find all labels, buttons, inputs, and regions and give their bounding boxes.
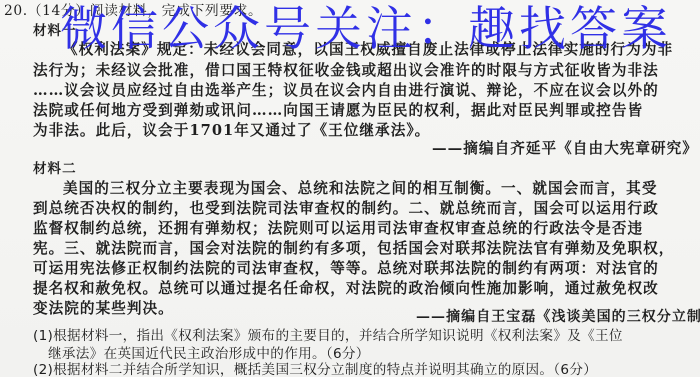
material-two-line-7: 变法院的某些判决。	[33, 300, 174, 318]
material-two-line-5: 可运用宪法修正权制约法院的司法审查权，等等。总统对联邦法院的制约有两项：对法官的	[33, 260, 659, 278]
material-two-line-6: 提名权和赦免权。总统可以通过提名任命权，对法院的政治倾向性施加影响，通过赦免权改	[33, 280, 659, 298]
material-two-line-2: 到总统否决权的制约，也受到法院司法审查权的制约。二、就总统而言，国会可以运用行政	[33, 200, 659, 218]
material-two-source: ——摘编自王宝磊《浅谈美国的三权分立制度》	[416, 308, 700, 326]
material-two-title: 材料二	[33, 160, 77, 178]
material-one-line-2: 法行为；未经议会批准，借口国王特权征收金钱或超出议会准许的时限与方式征收皆为非法	[33, 62, 659, 80]
material-two-line-4: 宪。三、就法院而言，国会对法院的制约有多项，包括国会对联邦法院法官有弹劾及免职权…	[33, 240, 674, 258]
material-two-line-1: 美国的三权分立主要表现为国会、总统和法院之间的相互制衡。一、就国会而言，其受	[63, 180, 657, 198]
watermark-overlay: 微信公众号关注：趣找答案	[60, 3, 672, 57]
material-one-source: ——摘编自齐延平《自由大宪章研究》	[432, 140, 698, 158]
task-2-line-1: (2)根据材料二并结合所学知识，概括美国三权分立制度的特点并说明其确立的原因。（…	[33, 361, 597, 377]
material-one-line-5: 为非法。此后，议会于1701年又通过了《王位继承法》。	[33, 122, 430, 140]
task-1-line-1: (1)根据材料一，指出《权利法案》颁布的主要目的，并结合所学知识说明《权利法案》…	[33, 327, 623, 345]
exam-page: 20.（14分）阅读材料，完成下列要求。 材料一 《权利法案》规定：未经议会同意…	[0, 0, 700, 377]
material-one-line-3: ……议会议员应经过自由选举产生；议员在议会内自由进行演说、辩论，不应在议会以外的	[33, 82, 659, 100]
material-two-line-3: 监督权制约总统，还拥有弹劾权；法院则可以运用司法审查权审查总统的行政法令是否违	[33, 220, 643, 238]
material-one-line-4: 法院或任何地方受到弹劾或讯问……向国王请愿为臣民的权利，据此对臣民判罪或控告皆	[33, 102, 643, 120]
